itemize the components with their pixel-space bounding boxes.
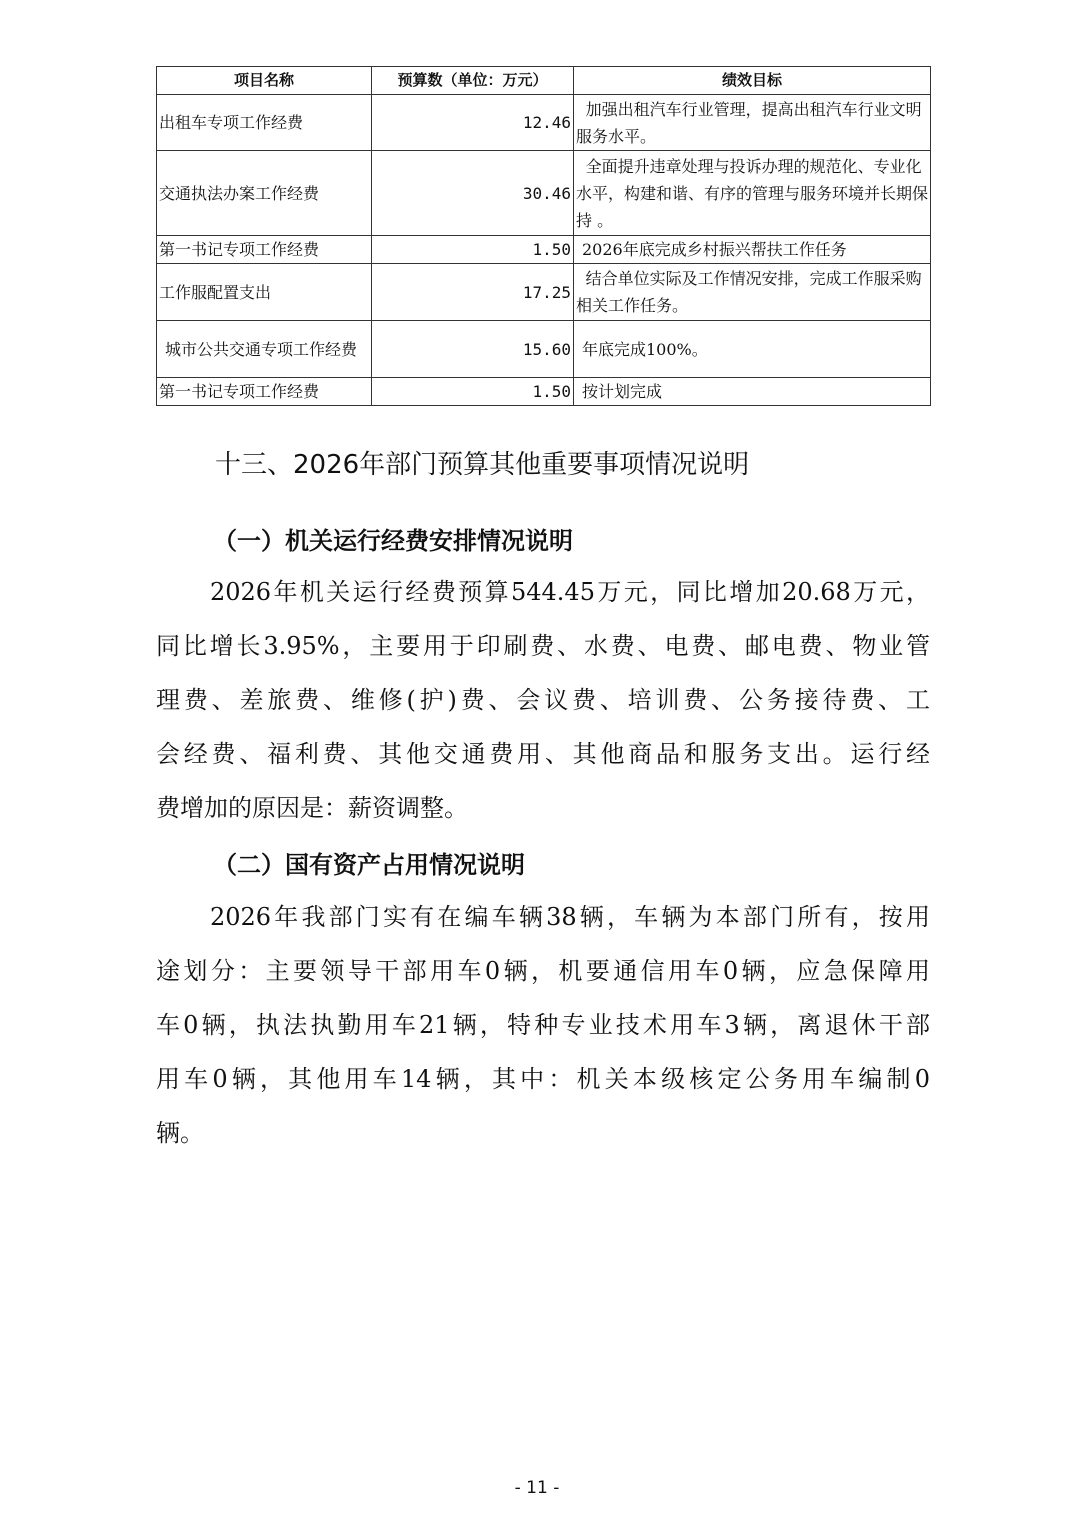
table-header-row: 项目名称 预算数（单位：万元） 绩效目标 xyxy=(157,67,931,95)
budget-amount: 1.50 xyxy=(372,378,574,406)
project-budget-table: 项目名称 预算数（单位：万元） 绩效目标 出租车专项工作经费 12.46 加强出… xyxy=(156,66,931,406)
table-row: 城市公共交通专项工作经费 15.60 年底完成100%。 xyxy=(157,321,931,378)
page-number: - 11 - xyxy=(0,1478,1074,1498)
performance-goal: 结合单位实际及工作情况安排，完成工作服采购相关工作任务。 xyxy=(574,264,931,321)
performance-goal: 全面提升违章处理与投诉办理的规范化、专业化水平，构建和谐、有序的管理与服务环境并… xyxy=(574,151,931,236)
budget-amount: 15.60 xyxy=(372,321,574,378)
header-project-name: 项目名称 xyxy=(157,67,372,95)
paragraph-line: 费增加的原因是：薪资调整。 xyxy=(156,781,930,835)
paragraph-line: 途划分：主要领导干部用车0辆，机要通信用车0辆，应急保障用 xyxy=(156,944,930,998)
paragraph-line: 用车0辆，其他用车14辆，其中：机关本级核定公务用车编制0 xyxy=(156,1052,930,1106)
paragraph-line: 理费、差旅费、维修(护)费、会议费、培训费、公务接待费、工 xyxy=(156,673,930,727)
budget-amount: 17.25 xyxy=(372,264,574,321)
project-name: 城市公共交通专项工作经费 xyxy=(157,321,372,378)
table-row: 交通执法办案工作经费 30.46 全面提升违章处理与投诉办理的规范化、专业化水平… xyxy=(157,151,931,236)
paragraph-line: 车0辆，执法执勤用车21辆，特种专业技术用车3辆，离退休干部 xyxy=(156,998,930,1052)
table-row: 工作服配置支出 17.25 结合单位实际及工作情况安排，完成工作服采购相关工作任… xyxy=(157,264,931,321)
project-name: 第一书记专项工作经费 xyxy=(157,378,372,406)
project-name: 工作服配置支出 xyxy=(157,264,372,321)
operating-funds-paragraph: 2026年机关运行经费预算544.45万元，同比增加20.68万元， 同比增长3… xyxy=(156,565,930,835)
performance-goal: 年底完成100%。 xyxy=(574,321,931,378)
budget-amount: 30.46 xyxy=(372,151,574,236)
paragraph-line: 2026年我部门实有在编车辆38辆，车辆为本部门所有，按用 xyxy=(156,890,930,944)
subsection-heading-state-assets: （二）国有资产占用情况说明 xyxy=(213,845,525,880)
document-page: 项目名称 预算数（单位：万元） 绩效目标 出租车专项工作经费 12.46 加强出… xyxy=(0,0,1074,1520)
budget-amount: 12.46 xyxy=(372,95,574,151)
table-row: 第一书记专项工作经费 1.50 按计划完成 xyxy=(157,378,931,406)
section-heading: 十三、2026年部门预算其他重要事项情况说明 xyxy=(215,444,749,481)
performance-goal: 按计划完成 xyxy=(574,378,931,406)
paragraph-line: 2026年机关运行经费预算544.45万元，同比增加20.68万元， xyxy=(156,565,930,619)
paragraph-line: 辆。 xyxy=(156,1106,930,1160)
paragraph-line: 会经费、福利费、其他交通费用、其他商品和服务支出。运行经 xyxy=(156,727,930,781)
table-row: 第一书记专项工作经费 1.50 2026年底完成乡村振兴帮扶工作任务 xyxy=(157,236,931,264)
subsection-heading-operating-funds: （一）机关运行经费安排情况说明 xyxy=(213,521,573,556)
header-performance-goal: 绩效目标 xyxy=(574,67,931,95)
performance-goal: 加强出租汽车行业管理，提高出租汽车行业文明服务水平。 xyxy=(574,95,931,151)
budget-amount: 1.50 xyxy=(372,236,574,264)
table-row: 出租车专项工作经费 12.46 加强出租汽车行业管理，提高出租汽车行业文明服务水… xyxy=(157,95,931,151)
project-name: 出租车专项工作经费 xyxy=(157,95,372,151)
state-assets-paragraph: 2026年我部门实有在编车辆38辆，车辆为本部门所有，按用 途划分：主要领导干部… xyxy=(156,890,930,1160)
header-budget-amount: 预算数（单位：万元） xyxy=(372,67,574,95)
project-name: 第一书记专项工作经费 xyxy=(157,236,372,264)
project-name: 交通执法办案工作经费 xyxy=(157,151,372,236)
performance-goal: 2026年底完成乡村振兴帮扶工作任务 xyxy=(574,236,931,264)
paragraph-line: 同比增长3.95%，主要用于印刷费、水费、电费、邮电费、物业管 xyxy=(156,619,930,673)
